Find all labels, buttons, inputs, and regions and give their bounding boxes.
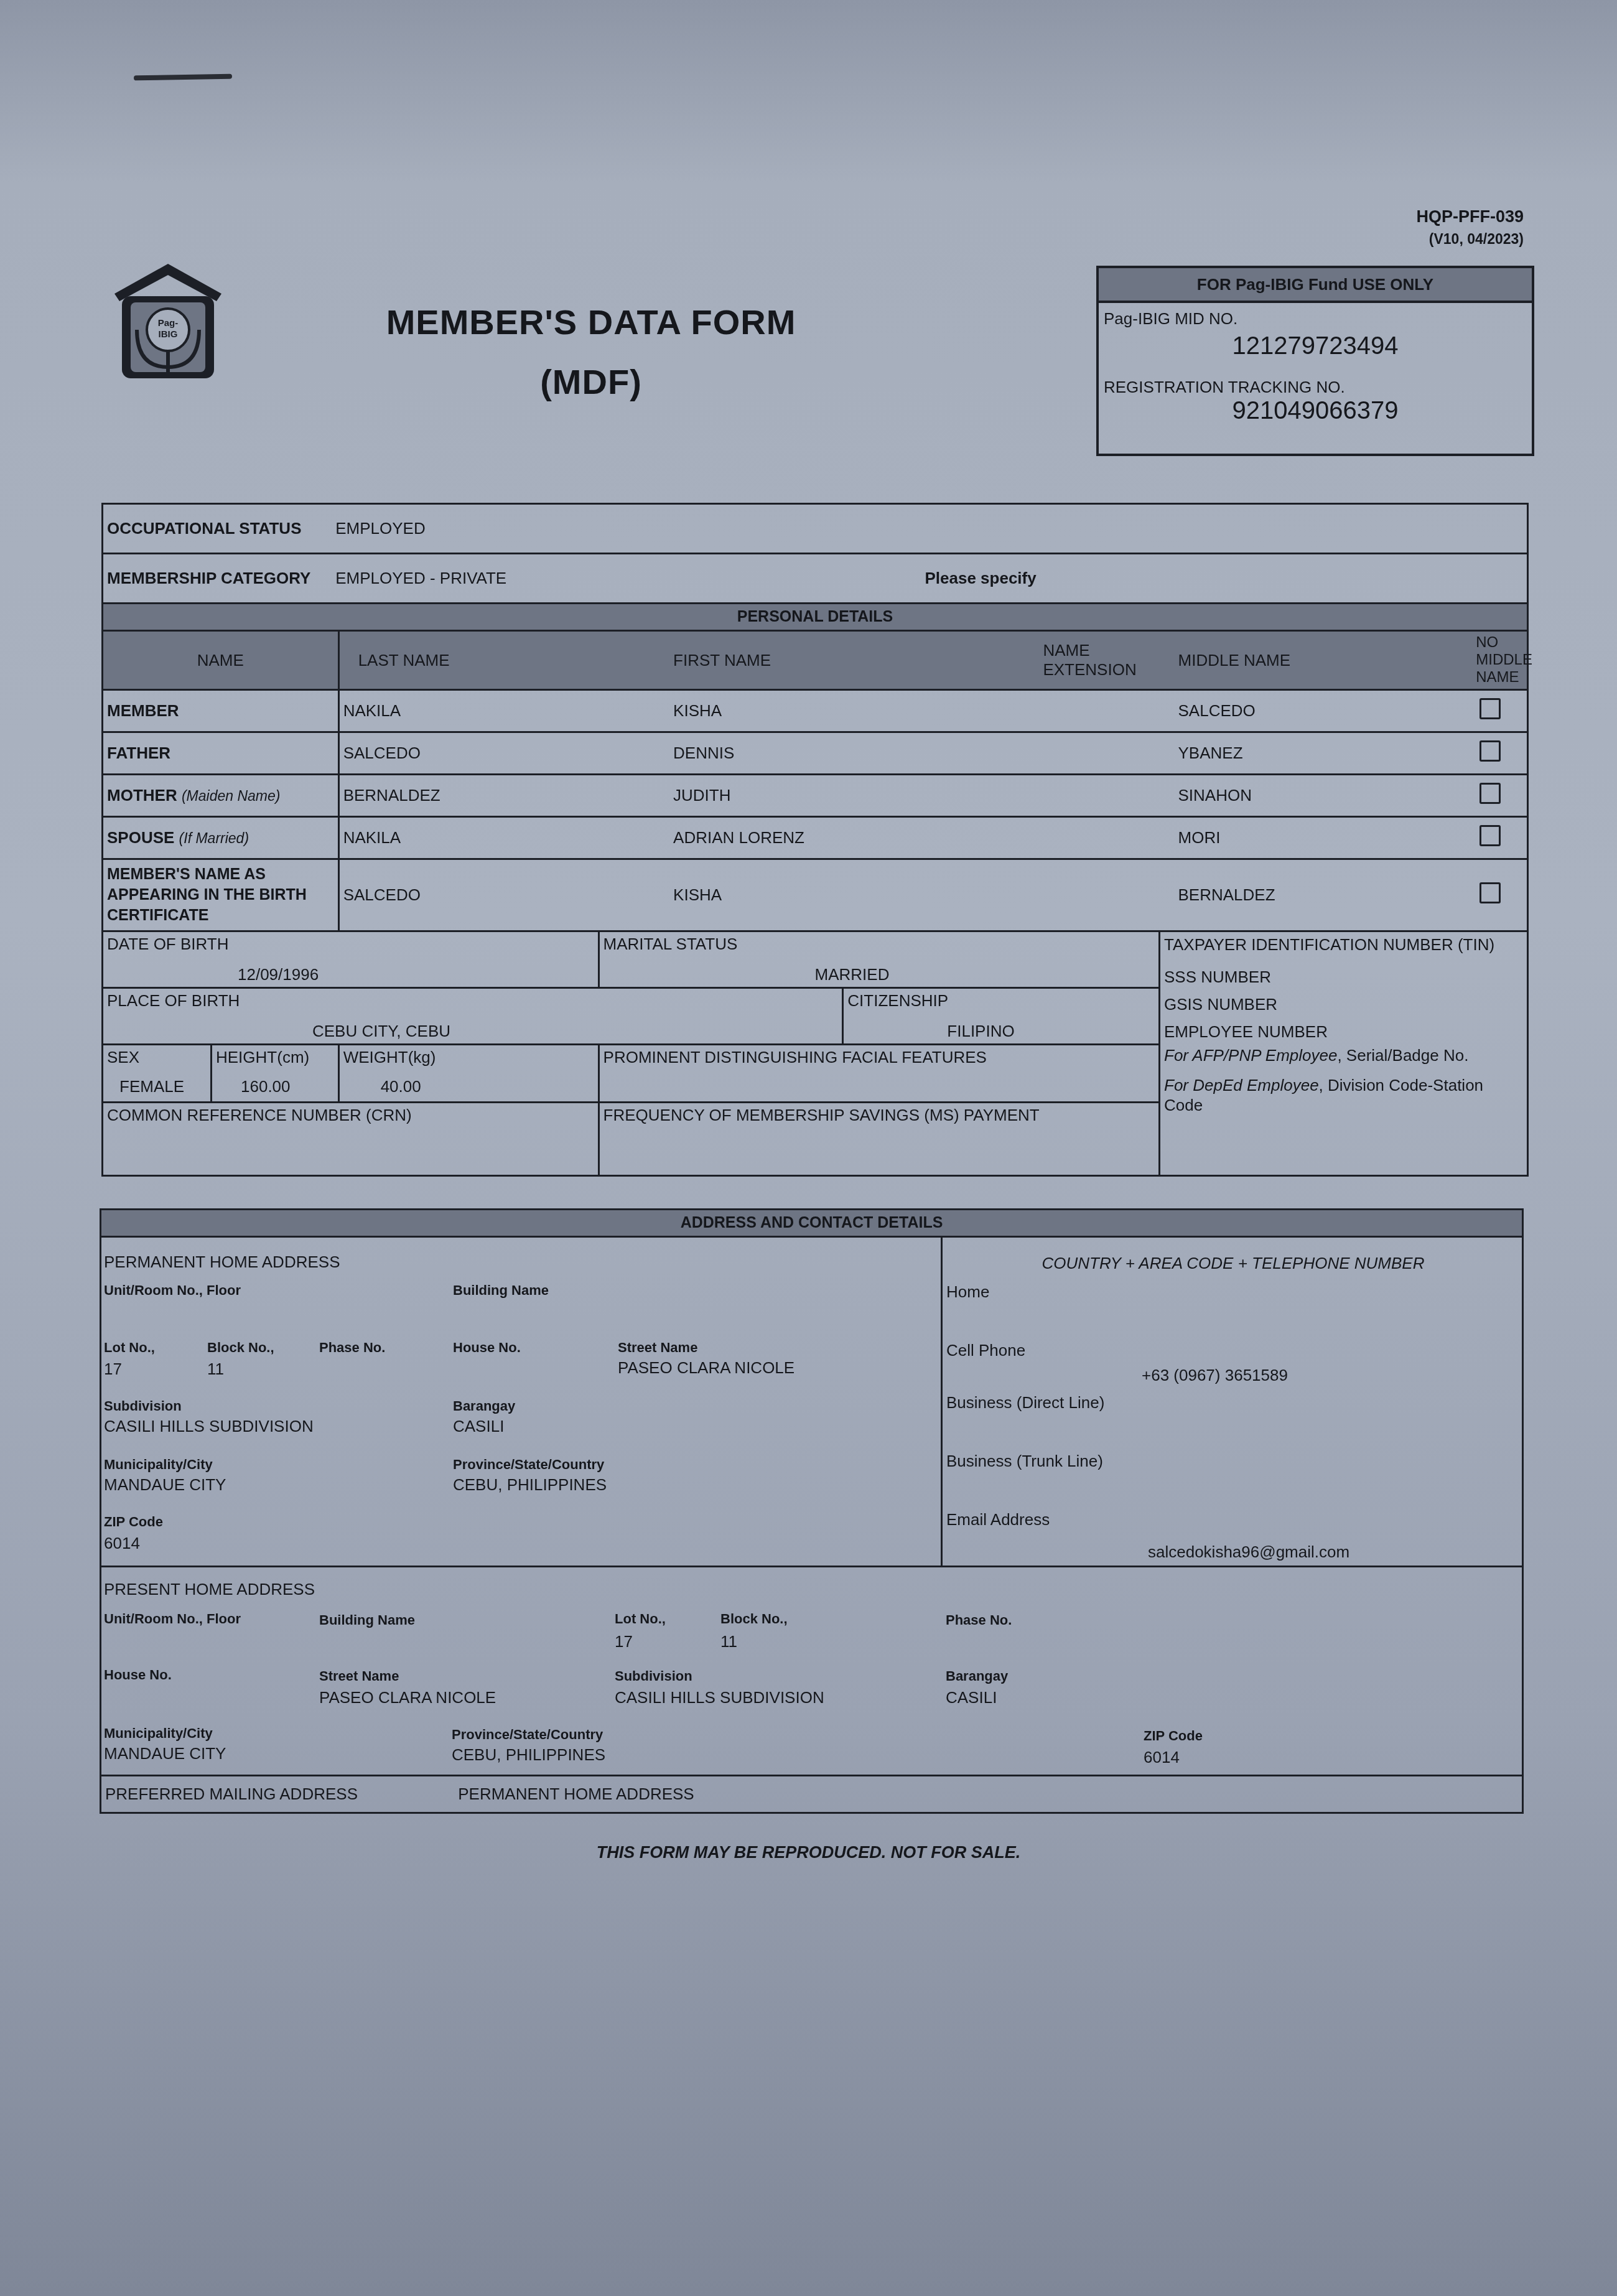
mailing-address-value[interactable]: PERMANENT HOME ADDRESS	[458, 1785, 694, 1803]
rtn-label: REGISTRATION TRACKING NO.	[1099, 378, 1532, 397]
svg-text:Pag-: Pag-	[158, 318, 179, 329]
ms-frequency-cell: FREQUENCY OF MEMBERSHIP SAVINGS (MS) PAY…	[599, 1103, 1159, 1176]
home-phone-label: Home	[946, 1282, 989, 1302]
marital-status-label: MARITAL STATUS	[603, 935, 1155, 954]
pres-city-value[interactable]: MANDAUE CITY	[104, 1744, 226, 1763]
pres-block-label: Block No.,	[720, 1611, 788, 1627]
fund-use-only-header: FOR Pag-IBIG Fund USE ONLY	[1099, 268, 1532, 303]
col-last-name-header: LAST NAME	[338, 631, 599, 690]
citizenship-cell: CITIZENSHIP FILIPINO	[843, 988, 1160, 1045]
mid-value[interactable]: 121279723494	[1099, 332, 1532, 360]
perm-subdivision-label: Subdivision	[104, 1398, 182, 1414]
table-row: FATHER SALCEDO DENNIS YBANEZ	[103, 732, 1528, 775]
membership-category-value[interactable]: EMPLOYED - PRIVATE	[335, 569, 920, 588]
mother-label: MOTHER	[107, 786, 177, 805]
spouse-name-extension[interactable]	[999, 817, 1159, 859]
email-label: Email Address	[946, 1510, 1050, 1529]
svg-text:IBIG: IBIG	[159, 329, 178, 340]
employee-number-label: EMPLOYEE NUMBER	[1164, 1018, 1523, 1045]
facial-features-cell: PROMINENT DISTINGUISHING FACIAL FEATURES	[599, 1045, 1159, 1103]
member-last-name[interactable]: NAKILA	[338, 690, 599, 732]
cell-phone-value[interactable]: +63 (0967) 3651589	[1142, 1366, 1288, 1385]
deped-label: For DepEd Employee, Division Code-Statio…	[1164, 1075, 1523, 1115]
pres-province-value[interactable]: CEBU, PHILIPPINES	[452, 1745, 605, 1765]
pres-zip-label: ZIP Code	[1144, 1728, 1203, 1744]
row-label-member: MEMBER	[103, 690, 339, 732]
permanent-address-title: PERMANENT HOME ADDRESS	[104, 1253, 340, 1272]
perm-zip-value[interactable]: 6014	[104, 1534, 140, 1553]
member-first-name[interactable]: KISHA	[599, 690, 999, 732]
form-title-line1: MEMBER'S DATA FORM	[336, 292, 846, 352]
table-row: MEMBER NAKILA KISHA SALCEDO	[103, 690, 1528, 732]
cell-phone-label: Cell Phone	[946, 1341, 1025, 1360]
pres-subdivision-value[interactable]: CASILI HILLS SUBDIVISION	[615, 1688, 824, 1707]
address-contact-table: ADDRESS AND CONTACT DETAILS PERMANENT HO…	[100, 1208, 1524, 1814]
weight-label: WEIGHT(kg)	[343, 1048, 594, 1067]
date-of-birth-value[interactable]: 12/09/1996	[107, 965, 594, 984]
place-of-birth-label: PLACE OF BIRTH	[107, 991, 838, 1010]
afp-pnp-label-italic: For AFP/PNP Employee	[1164, 1046, 1337, 1065]
height-cell: HEIGHT(cm) 160.00	[212, 1045, 338, 1101]
date-of-birth-label: DATE OF BIRTH	[107, 935, 594, 954]
afp-pnp-label-rest: , Serial/Badge No.	[1337, 1046, 1468, 1065]
sex-cell: SEX FEMALE	[103, 1045, 212, 1101]
col-middle-name-header: MIDDLE NAME	[1160, 631, 1476, 690]
member-middle-name[interactable]: SALCEDO	[1160, 690, 1476, 732]
perm-block-value[interactable]: 11	[207, 1360, 224, 1379]
perm-province-value[interactable]: CEBU, PHILIPPINES	[453, 1475, 607, 1495]
no-middle-name-checkbox[interactable]	[1480, 740, 1501, 762]
perm-house-label: House No.	[453, 1340, 521, 1356]
gsis-label: GSIS NUMBER	[1164, 991, 1523, 1018]
no-middle-name-checkbox[interactable]	[1480, 783, 1501, 804]
pres-zip-value[interactable]: 6014	[1144, 1748, 1180, 1767]
member-data-form-page: HQP-PFF-039 (V10, 04/2023) Pag- IBIG MEM…	[0, 0, 1617, 2296]
pres-house-label: House No.	[104, 1667, 172, 1683]
bc-middle-name[interactable]: BERNALDEZ	[1160, 859, 1476, 931]
pres-street-label: Street Name	[319, 1668, 399, 1684]
row-label-birth-certificate-name: MEMBER'S NAME AS APPEARING IN THE BIRTH …	[103, 859, 339, 931]
father-middle-name[interactable]: YBANEZ	[1160, 732, 1476, 775]
email-value[interactable]: salcedokisha96@gmail.com	[1148, 1542, 1349, 1562]
table-row: MEMBER'S NAME AS APPEARING IN THE BIRTH …	[103, 859, 1528, 931]
spouse-last-name[interactable]: NAKILA	[338, 817, 599, 859]
mother-name-extension[interactable]	[999, 775, 1159, 817]
sex-label: SEX	[107, 1048, 207, 1067]
contact-numbers-cell: COUNTRY + AREA CODE + TELEPHONE NUMBER H…	[942, 1237, 1523, 1567]
reproduction-note: THIS FORM MAY BE REPRODUCED. NOT FOR SAL…	[0, 1843, 1617, 1862]
weight-cell: WEIGHT(kg) 40.00	[338, 1045, 599, 1103]
height-value[interactable]: 160.00	[216, 1077, 334, 1096]
form-title-line2: (MDF)	[336, 352, 846, 412]
pres-barangay-label: Barangay	[946, 1668, 1008, 1684]
address-contact-header: ADDRESS AND CONTACT DETAILS	[101, 1210, 1523, 1237]
perm-block-label: Block No.,	[207, 1340, 274, 1356]
perm-street-value[interactable]: PASEO CLARA NICOLE	[618, 1358, 795, 1378]
sex-height-weight-subtable: SEX FEMALE HEIGHT(cm) 160.00	[103, 1045, 338, 1101]
mother-middle-name[interactable]: SINAHON	[1160, 775, 1476, 817]
no-middle-name-checkbox[interactable]	[1480, 825, 1501, 846]
father-no-middle-cell	[1476, 732, 1527, 775]
perm-lot-value[interactable]: 17	[104, 1360, 122, 1379]
no-middle-name-checkbox[interactable]	[1480, 882, 1501, 903]
please-specify-label: Please specify	[925, 569, 1036, 587]
occupational-status-label: OCCUPATIONAL STATUS	[107, 519, 331, 538]
mother-first-name[interactable]: JUDITH	[599, 775, 999, 817]
perm-province-label: Province/State/Country	[453, 1457, 604, 1473]
mother-label-note: (Maiden Name)	[182, 788, 281, 804]
business-trunk-label: Business (Trunk Line)	[946, 1452, 1103, 1471]
perm-street-label: Street Name	[618, 1340, 697, 1356]
membership-category-row: MEMBERSHIP CATEGORY EMPLOYED - PRIVATE P…	[103, 554, 1528, 604]
business-direct-label: Business (Direct Line)	[946, 1393, 1104, 1412]
perm-unit-label: Unit/Room No., Floor	[104, 1282, 241, 1299]
mid-label: Pag-IBIG MID NO.	[1099, 309, 1532, 329]
fund-use-only-box: FOR Pag-IBIG Fund USE ONLY Pag-IBIG MID …	[1096, 266, 1534, 456]
pres-street-value[interactable]: PASEO CLARA NICOLE	[319, 1688, 496, 1707]
occupational-status-row: OCCUPATIONAL STATUS EMPLOYED	[103, 504, 1528, 554]
pres-subdivision-label: Subdivision	[615, 1668, 692, 1684]
pag-ibig-logo-icon: Pag- IBIG	[112, 261, 224, 383]
tin-label: TAXPAYER IDENTIFICATION NUMBER (TIN)	[1164, 935, 1523, 954]
mother-last-name[interactable]: BERNALDEZ	[338, 775, 599, 817]
date-of-birth-cell: DATE OF BIRTH 12/09/1996	[103, 931, 599, 988]
father-first-name[interactable]: DENNIS	[599, 732, 999, 775]
form-code: HQP-PFF-039	[1416, 205, 1524, 228]
pres-unit-label: Unit/Room No., Floor	[104, 1611, 241, 1627]
crn-cell: COMMON REFERENCE NUMBER (CRN)	[103, 1103, 599, 1176]
member-name-extension[interactable]	[999, 690, 1159, 732]
facial-features-label: PROMINENT DISTINGUISHING FACIAL FEATURES	[603, 1048, 1155, 1067]
row-label-mother: MOTHER (Maiden Name)	[103, 775, 339, 817]
place-of-birth-value[interactable]: CEBU CITY, CEBU	[107, 1022, 838, 1041]
mailing-address-label: PREFERRED MAILING ADDRESS	[105, 1785, 454, 1804]
government-ids-cell: TAXPAYER IDENTIFICATION NUMBER (TIN) SSS…	[1160, 931, 1528, 1176]
table-row: SPOUSE (If Married) NAKILA ADRIAN LORENZ…	[103, 817, 1528, 859]
row-label-father: FATHER	[103, 732, 339, 775]
form-code-block: HQP-PFF-039 (V10, 04/2023)	[1416, 205, 1524, 250]
pres-lot-label: Lot No.,	[615, 1611, 666, 1627]
pres-city-label: Municipality/City	[104, 1725, 213, 1742]
sss-label: SSS NUMBER	[1164, 963, 1523, 991]
bc-first-name[interactable]: KISHA	[599, 859, 999, 931]
col-name-extension-header: NAME EXTENSION	[999, 631, 1159, 690]
permanent-address-cell: PERMANENT HOME ADDRESS Unit/Room No., Fl…	[101, 1237, 942, 1567]
marital-status-value[interactable]: MARRIED	[603, 965, 1155, 984]
father-last-name[interactable]: SALCEDO	[338, 732, 599, 775]
perm-phase-label: Phase No.	[319, 1340, 385, 1356]
pres-province-label: Province/State/Country	[452, 1727, 603, 1743]
perm-barangay-label: Barangay	[453, 1398, 515, 1414]
col-no-middle-name-header: NO MIDDLE NAME	[1476, 631, 1527, 690]
mother-no-middle-cell	[1476, 775, 1527, 817]
place-of-birth-cell: PLACE OF BIRTH CEBU CITY, CEBU	[103, 988, 843, 1045]
marital-status-cell: MARITAL STATUS MARRIED	[599, 931, 1159, 988]
perm-building-label: Building Name	[453, 1282, 549, 1299]
col-first-name-header: FIRST NAME	[599, 631, 999, 690]
mailing-address-row: PREFERRED MAILING ADDRESS PERMANENT HOME…	[101, 1776, 1523, 1813]
member-no-middle-cell	[1476, 690, 1527, 732]
sex-value[interactable]: FEMALE	[107, 1077, 207, 1096]
present-address-title: PRESENT HOME ADDRESS	[104, 1580, 315, 1599]
personal-details-header: PERSONAL DETAILS	[103, 604, 1528, 631]
col-name-header: NAME	[103, 631, 339, 690]
no-middle-name-checkbox[interactable]	[1480, 698, 1501, 719]
perm-zip-label: ZIP Code	[104, 1514, 163, 1530]
perm-lot-label: Lot No.,	[104, 1340, 155, 1356]
present-address-cell: PRESENT HOME ADDRESS Unit/Room No., Floo…	[101, 1567, 1523, 1776]
membership-category-label: MEMBERSHIP CATEGORY	[107, 569, 331, 588]
perm-barangay-value[interactable]: CASILI	[453, 1417, 504, 1436]
perm-city-value[interactable]: MANDAUE CITY	[104, 1475, 226, 1495]
father-name-extension[interactable]	[999, 732, 1159, 775]
deped-label-italic: For DepEd Employee	[1164, 1076, 1319, 1094]
perm-subdivision-value[interactable]: CASILI HILLS SUBDIVISION	[104, 1417, 314, 1436]
perm-city-label: Municipality/City	[104, 1457, 213, 1473]
spouse-label-note: (If Married)	[179, 830, 249, 846]
ms-frequency-label: FREQUENCY OF MEMBERSHIP SAVINGS (MS) PAY…	[603, 1106, 1155, 1125]
occupational-status-value[interactable]: EMPLOYED	[335, 519, 426, 538]
pres-lot-value[interactable]: 17	[615, 1632, 633, 1651]
form-version: (V10, 04/2023)	[1416, 228, 1524, 250]
contact-header: COUNTRY + AREA CODE + TELEPHONE NUMBER	[943, 1254, 1524, 1273]
bc-no-middle-cell	[1476, 859, 1527, 931]
citizenship-label: CITIZENSHIP	[847, 991, 1155, 1010]
afp-pnp-label: For AFP/PNP Employee, Serial/Badge No.	[1164, 1045, 1523, 1065]
row-label-spouse: SPOUSE (If Married)	[103, 817, 339, 859]
pres-phase-label: Phase No.	[946, 1612, 1012, 1628]
crn-label: COMMON REFERENCE NUMBER (CRN)	[107, 1106, 594, 1125]
bc-name-extension[interactable]	[999, 859, 1159, 931]
rtn-value[interactable]: 921049066379	[1099, 397, 1532, 425]
personal-details-table: OCCUPATIONAL STATUS EMPLOYED MEMBERSHIP …	[101, 503, 1529, 1177]
spouse-middle-name[interactable]: MORI	[1160, 817, 1476, 859]
bc-last-name[interactable]: SALCEDO	[338, 859, 599, 931]
sex-height-weight-cell: SEX FEMALE HEIGHT(cm) 160.00	[103, 1045, 339, 1103]
pres-block-value[interactable]: 11	[720, 1632, 737, 1651]
spouse-label: SPOUSE	[107, 828, 174, 847]
weight-value[interactable]: 40.00	[343, 1077, 594, 1096]
pres-building-label: Building Name	[319, 1612, 415, 1628]
form-title: MEMBER'S DATA FORM (MDF)	[336, 292, 846, 412]
pen-mark	[134, 74, 232, 81]
table-row: MOTHER (Maiden Name) BERNALDEZ JUDITH SI…	[103, 775, 1528, 817]
spouse-no-middle-cell	[1476, 817, 1527, 859]
citizenship-value[interactable]: FILIPINO	[847, 1022, 1155, 1041]
pres-barangay-value[interactable]: CASILI	[946, 1688, 997, 1707]
spouse-first-name[interactable]: ADRIAN LORENZ	[599, 817, 999, 859]
height-label: HEIGHT(cm)	[216, 1048, 334, 1067]
